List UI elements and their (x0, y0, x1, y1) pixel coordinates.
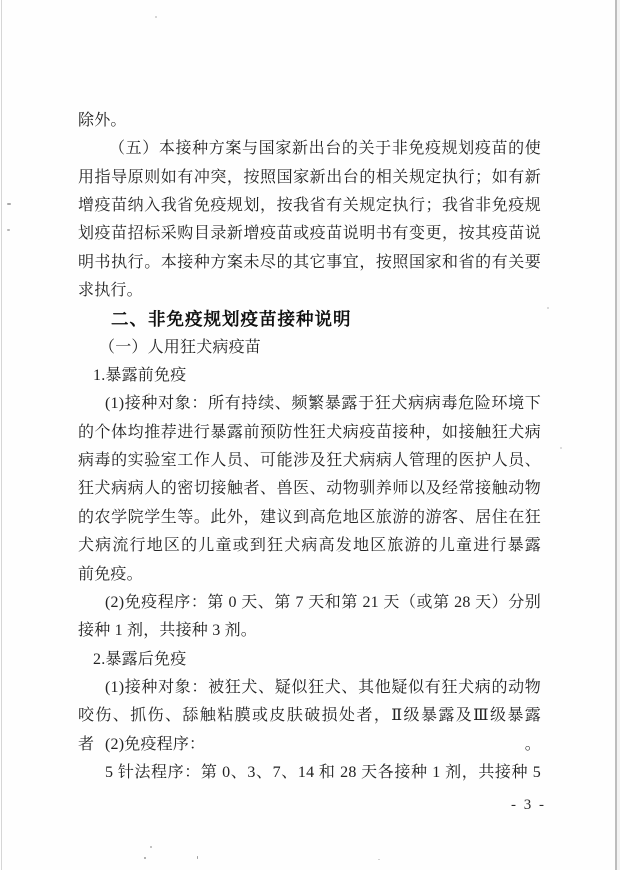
scan-speck (197, 856, 198, 859)
text-line: 划疫苗招标采购目录新增疫苗或疫苗说明书有变更，按其疫苗说 (78, 220, 541, 248)
text-line: 明书执行。本接种方案未尽的其它事宜，按照国家和省的有关要 (78, 249, 541, 277)
text-line: 的个体均推荐进行暴露前预防性狂犬病疫苗接种，如接触狂犬病 (78, 419, 541, 447)
scan-speck (378, 859, 380, 860)
text-line: 接种 1 剂，共接种 3 剂。 (78, 617, 541, 645)
text-line: 病毒的实验室工作人员、可能涉及狂犬病病人管理的医护人员、 (78, 447, 541, 475)
text-line: 前免疫。 (78, 561, 541, 589)
text-line: 咬伤、抓伤、舔触粘膜或皮肤破损处者，Ⅱ级暴露及Ⅲ级暴露者。 (78, 702, 541, 730)
text-line: 求执行。 (78, 277, 541, 305)
scan-speck (148, 393, 150, 395)
text-line: 增疫苗纳入我省免疫规划，按我省有关规定执行；我省非免疫规 (78, 192, 541, 220)
text-line: 的农学院学生等。此外，建议到高危地区旅游的游客、居住在狂 (78, 504, 541, 532)
page-number: - 3 - (420, 797, 546, 814)
text-line: （五）本接种方案与国家新出台的关于非免疫规划疫苗的使 (78, 135, 541, 163)
text-line: (2)免疫程序：第 0 天、第 7 天和第 21 天（或第 28 天）分别 (78, 589, 541, 617)
scanned-document-page: 除外。 （五）本接种方案与国家新出台的关于非免疫规划疫苗的使 用指导原则如有冲突… (0, 0, 620, 870)
scan-speck (560, 447, 562, 449)
text-line: 除外。 (78, 107, 541, 135)
text-line: 5 针法程序：第 0、3、7、14 和 28 天各接种 1 剂，共接种 5 (78, 759, 541, 787)
text-line: 狂犬病病人的密切接触者、兽医、动物驯养师以及经常接触动物 (78, 475, 541, 503)
scan-speck (144, 857, 146, 859)
scan-speck (547, 307, 549, 309)
scan-edge-left (1, 0, 2, 870)
text-line: 用指导原则如有冲突，按照国家新出台的相关规定执行；如有新 (78, 164, 541, 192)
scan-speck (7, 203, 11, 205)
scan-speck (155, 16, 157, 18)
subsection-heading: （一）人用狂犬病疫苗 (78, 334, 541, 362)
text-line: (1)接种对象：被狂犬、疑似狂犬、其他疑似有狂犬病的动物 (78, 674, 541, 702)
scan-speck (150, 846, 152, 848)
text-line: 犬病流行地区的儿童或到狂犬病高发地区旅游的儿童进行暴露 (78, 532, 541, 560)
section-heading: 二、非免疫规划疫苗接种说明 (78, 305, 541, 333)
list-item-heading: 2.暴露后免疫 (78, 646, 541, 674)
scan-speck (7, 229, 10, 231)
list-item-heading: 1.暴露前免疫 (78, 362, 541, 390)
document-body: 除外。 （五）本接种方案与国家新出台的关于非免疫规划疫苗的使 用指导原则如有冲突… (78, 107, 541, 787)
